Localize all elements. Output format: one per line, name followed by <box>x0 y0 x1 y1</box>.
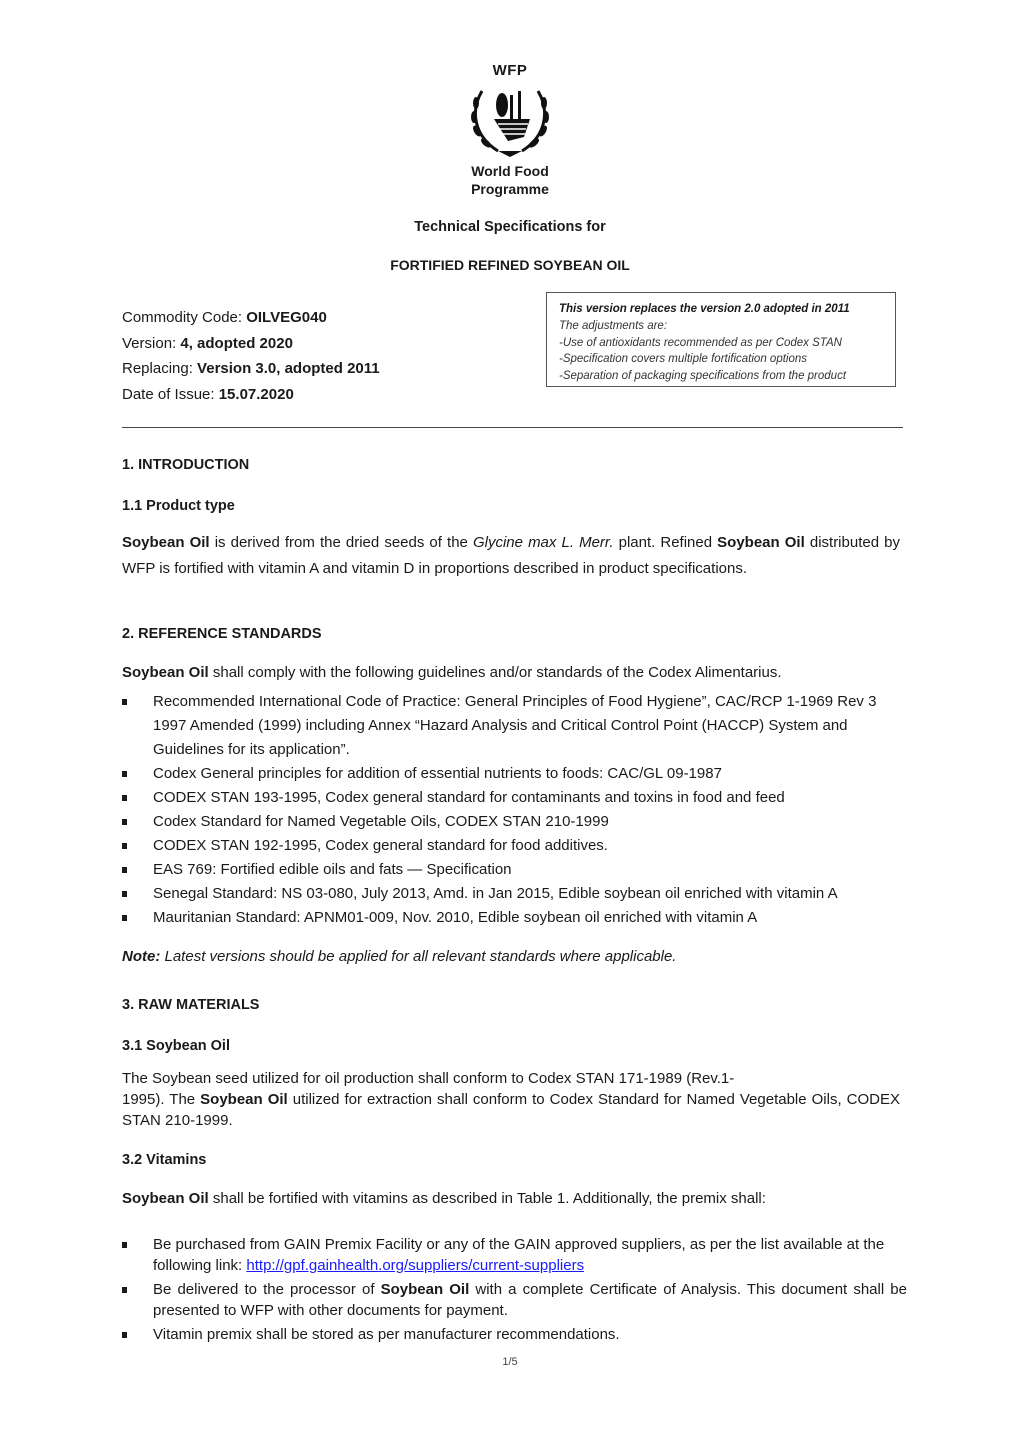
bullet-icon <box>122 867 127 873</box>
date-of-issue: Date of Issue: 15.07.2020 <box>122 382 380 408</box>
list-item: CODEX STAN 192-1995, Codex general stand… <box>122 834 907 858</box>
version-note-line: The adjustments are: <box>559 318 895 335</box>
vitamins-list: Be purchased from GAIN Premix Facility o… <box>122 1235 907 1350</box>
list-item: EAS 769: Fortified edible oils and fats … <box>122 858 907 882</box>
gain-suppliers-link[interactable]: http://gpf.gainhealth.org/suppliers/curr… <box>246 1257 584 1274</box>
list-item: Vitamin premix shall be stored as per ma… <box>122 1325 907 1346</box>
version: Version: 4, adopted 2020 <box>122 331 380 357</box>
section-raw-materials-heading: 3. RAW MATERIALS <box>122 997 259 1013</box>
bullet-icon <box>122 891 127 897</box>
commodity-code: Commodity Code: OILVEG040 <box>122 305 380 331</box>
note: Note: Latest versions should be applied … <box>122 948 676 965</box>
wfp-logo: WFP World Food Programme <box>462 62 558 197</box>
replacing: Replacing: Version 3.0, adopted 2011 <box>122 356 380 382</box>
bullet-icon <box>122 699 127 705</box>
bullet-icon <box>122 1332 127 1338</box>
version-note-line: -Separation of packaging specifications … <box>559 368 895 385</box>
logo-name-line1: World Food <box>462 163 558 179</box>
logo-acronym: WFP <box>462 62 558 79</box>
version-note-line: -Use of antioxidants recommended as per … <box>559 335 895 352</box>
reference-intro: Soybean Oil shall comply with the follow… <box>122 660 900 686</box>
section-reference-standards-heading: 2. REFERENCE STANDARDS <box>122 626 322 642</box>
soybean-oil-paragraph: The Soybean seed utilized for oil produc… <box>122 1068 900 1131</box>
list-item: Senegal Standard: NS 03-080, July 2013, … <box>122 882 907 906</box>
bullet-icon <box>122 819 127 825</box>
divider <box>122 427 903 428</box>
reference-standards-list: Recommended International Code of Practi… <box>122 690 907 930</box>
bullet-icon <box>122 843 127 849</box>
vitamins-intro: Soybean Oil shall be fortified with vita… <box>122 1186 900 1212</box>
version-note-line: -Specification covers multiple fortifica… <box>559 351 895 368</box>
bullet-icon <box>122 915 127 921</box>
bullet-icon <box>122 795 127 801</box>
list-item: Mauritanian Standard: APNM01-009, Nov. 2… <box>122 906 907 930</box>
document-title: Technical Specifications for <box>0 219 1020 235</box>
bullet-icon <box>122 1242 127 1248</box>
wfp-emblem-icon <box>468 81 552 159</box>
list-item: Recommended International Code of Practi… <box>122 690 907 762</box>
section-soybean-oil-heading: 3.1 Soybean Oil <box>122 1038 230 1054</box>
list-item: Codex Standard for Named Vegetable Oils,… <box>122 810 907 834</box>
list-item: CODEX STAN 193-1995, Codex general stand… <box>122 786 907 810</box>
list-item: Codex General principles for addition of… <box>122 762 907 786</box>
section-vitamins-heading: 3.2 Vitamins <box>122 1152 206 1168</box>
version-note-box: This version replaces the version 2.0 ad… <box>546 292 896 387</box>
product-type-paragraph: Soybean Oil is derived from the dried se… <box>122 530 900 581</box>
section-product-type-heading: 1.1 Product type <box>122 498 235 514</box>
bullet-icon <box>122 771 127 777</box>
version-note-heading: This version replaces the version 2.0 ad… <box>559 301 895 318</box>
bullet-icon <box>122 1287 127 1293</box>
list-item: Be purchased from GAIN Premix Facility o… <box>122 1235 907 1276</box>
document-metadata: Commodity Code: OILVEG040 Version: 4, ad… <box>122 305 380 408</box>
logo-name-line2: Programme <box>462 181 558 197</box>
section-introduction-heading: 1. INTRODUCTION <box>122 457 249 473</box>
document-subtitle: FORTIFIED REFINED SOYBEAN OIL <box>0 257 1020 273</box>
list-item: Be delivered to the processor of Soybean… <box>122 1280 907 1321</box>
page-number: 1/5 <box>0 1356 1020 1368</box>
